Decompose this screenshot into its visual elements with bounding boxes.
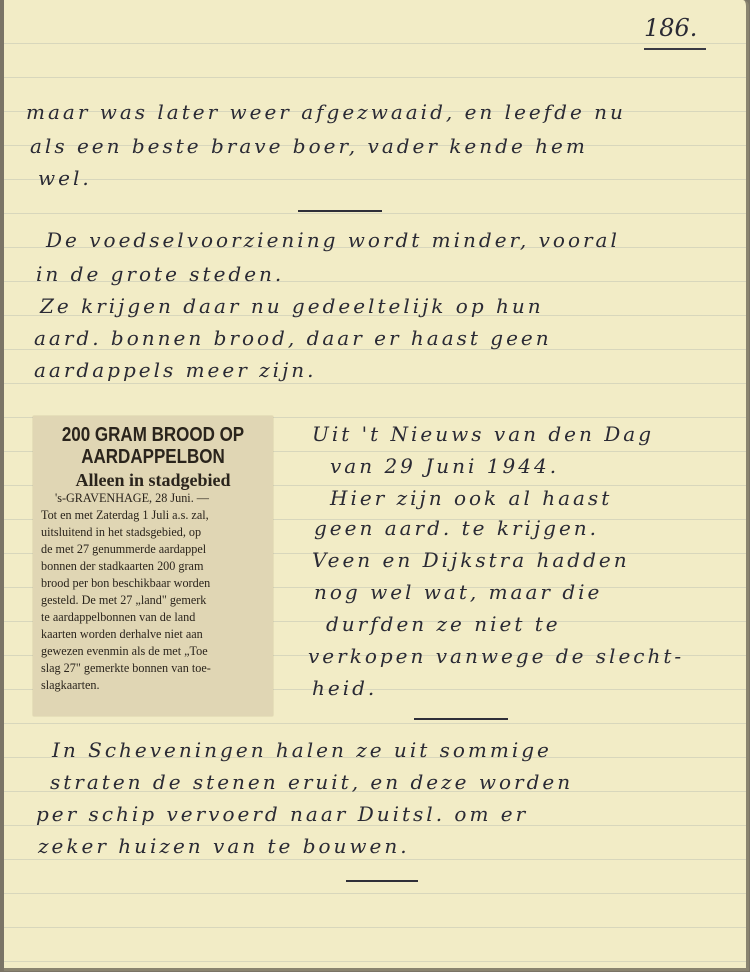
clipping-body-line: gewezen evenmin als de met „Toe (41, 643, 267, 660)
section-divider (346, 880, 418, 882)
handwritten-line: Uit 't Nieuws van den Dag (312, 422, 654, 446)
clipping-body-line: Tot en met Zaterdag 1 Juli a.s. zal, (41, 507, 267, 524)
clipping-body-line: uitsluitend in het stadsgebied, op (41, 524, 267, 541)
handwritten-line: aardappels meer zijn. (34, 358, 317, 382)
handwritten-line: aard. bonnen brood, daar er haast geen (34, 326, 552, 350)
clipping-body: 's-GRAVENHAGE, 28 Juni. — Tot en met Zat… (33, 490, 273, 694)
clipping-body-line: slag 27" gemerkte bonnen van toe- (41, 660, 267, 677)
handwritten-line: geen aard. te krijgen. (314, 516, 599, 540)
handwritten-line: per schip vervoerd naar Duitsl. om er (36, 802, 528, 826)
handwritten-line: in de grote steden. (36, 262, 284, 286)
page-number-underline (644, 48, 706, 50)
handwritten-line: als een beste brave boer, vader kende he… (30, 134, 588, 158)
handwritten-line: Veen en Dijkstra hadden (312, 548, 630, 572)
clipping-headline-line: AARDAPPELBON (51, 446, 255, 468)
handwritten-line: maar was later weer afgezwaaid, en leefd… (26, 100, 626, 124)
clipping-body-line: brood per bon beschikbaar worden (41, 575, 267, 592)
handwritten-line: nog wel wat, maar die (314, 580, 602, 604)
clipping-body-line: bonnen der stadkaarten 200 gram (41, 558, 267, 575)
handwritten-line: Ze krijgen daar nu gedeeltelijk op hun (40, 294, 544, 318)
newspaper-clipping: 200 GRAM BROOD OP AARDAPPELBON Alleen in… (33, 416, 273, 716)
handwritten-line: straten de stenen eruit, en deze worden (50, 770, 573, 794)
handwritten-line: van 29 Juni 1944. (330, 454, 559, 478)
handwritten-line: durfden ze niet te (326, 612, 561, 636)
section-divider (298, 210, 382, 212)
handwritten-line: In Scheveningen halen ze uit sommige (52, 738, 552, 762)
clipping-body-line: 's-GRAVENHAGE, 28 Juni. — (41, 490, 267, 507)
clipping-body-line: kaarten worden derhalve niet aan (41, 626, 267, 643)
clipping-headline-line: 200 GRAM BROOD OP (51, 424, 255, 446)
clipping-body-line: de met 27 genummerde aardappel (41, 541, 267, 558)
clipping-body-line: te aardappelbonnen van de land (41, 609, 267, 626)
clipping-subheadline: Alleen in stadgebied (33, 470, 273, 490)
clipping-body-line: gesteld. De met 27 „land" gemerk (41, 592, 267, 609)
handwritten-line: Hier zijn ook al haast (330, 486, 612, 510)
handwritten-line: heid. (312, 676, 377, 700)
handwritten-line: wel. (38, 166, 92, 190)
handwritten-line: verkopen vanwege de slecht- (308, 644, 684, 668)
diary-page: 186. maar was later weer afgezwaaid, en … (4, 0, 749, 971)
handwritten-line: zeker huizen van te bouwen. (38, 834, 410, 858)
handwritten-line: De voedselvoorziening wordt minder, voor… (46, 228, 620, 252)
section-divider (414, 718, 508, 720)
page-number: 186. (644, 14, 697, 42)
clipping-body-line: slagkaarten. (41, 677, 267, 694)
